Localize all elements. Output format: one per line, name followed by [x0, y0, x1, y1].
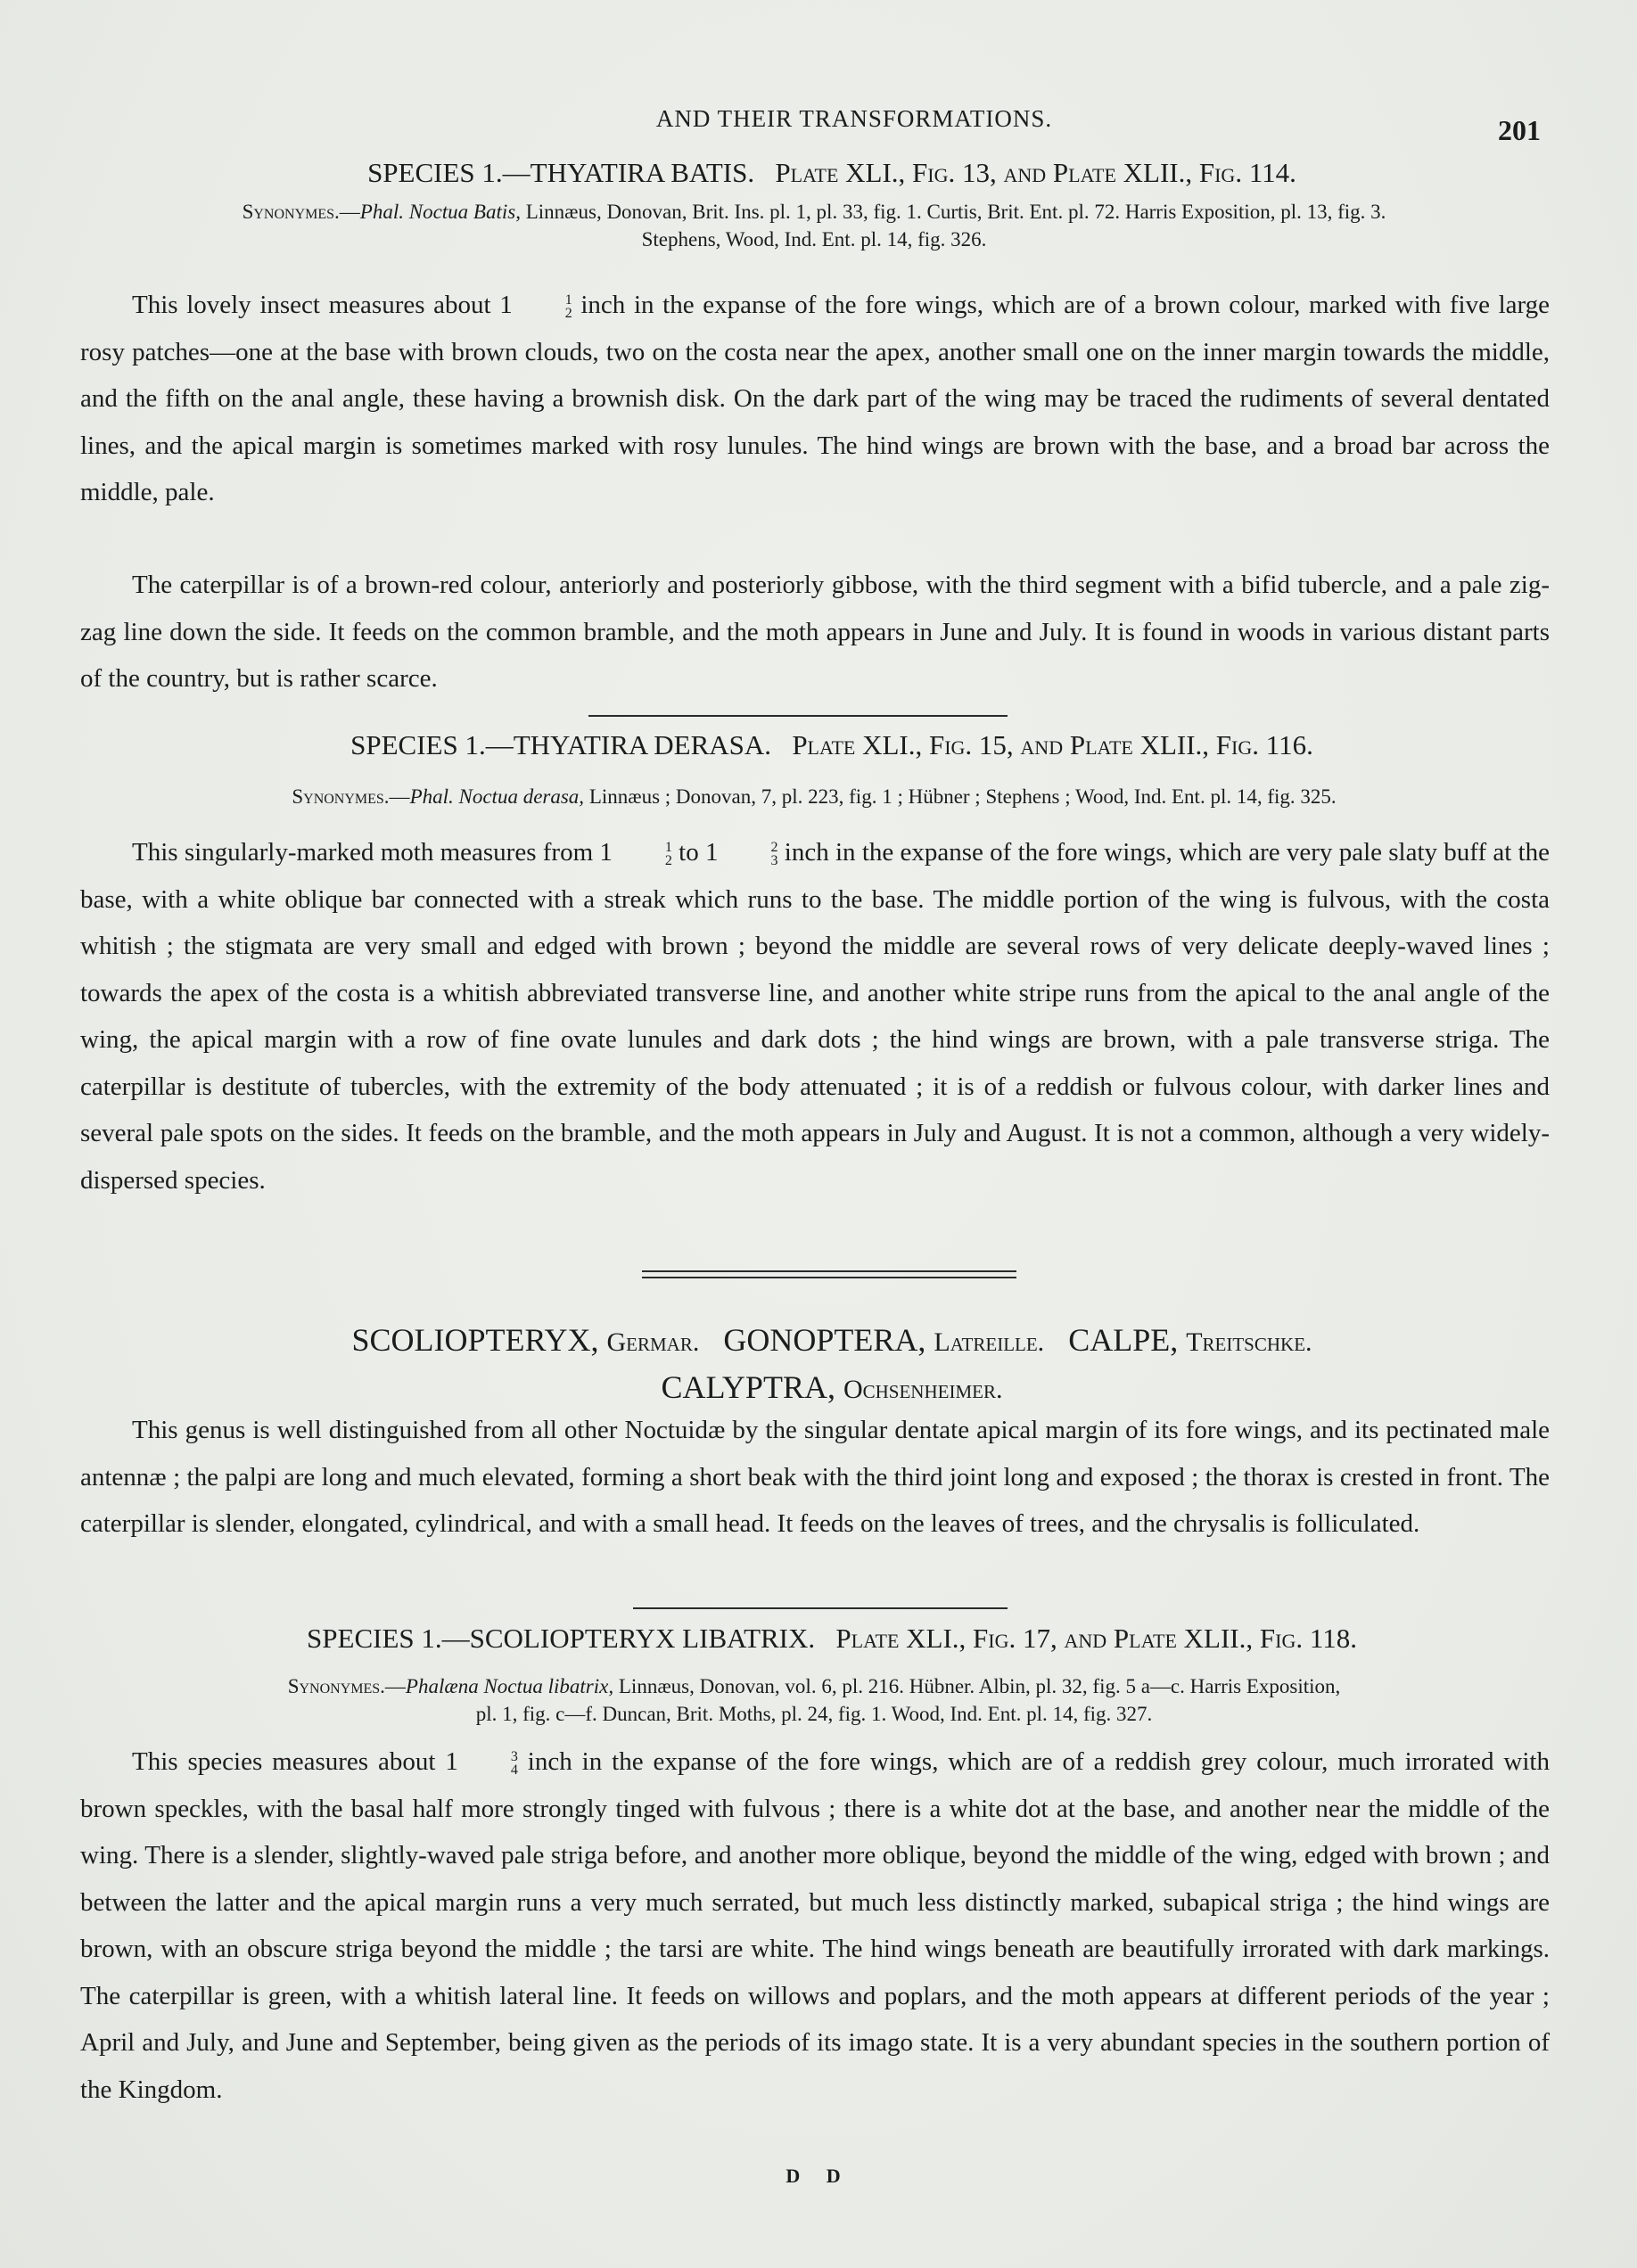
synonyms-libatrix: Synonymes.—Phalæna Noctua libatrix, Linn… [78, 1672, 1550, 1728]
running-head: AND THEIR TRANSFORMATIONS. [0, 105, 1637, 133]
paragraph-libatrix-description: This species measures about 134 inch in … [80, 1738, 1550, 2113]
synonyms-references-cont: Stephens, Wood, Ind. Ent. pl. 14, fig. 3… [642, 228, 987, 251]
genus-name: CALPE, [1068, 1322, 1178, 1358]
synonyms-label: Synonymes.— [243, 201, 360, 223]
genus-author: Ochsenheimer. [843, 1375, 1003, 1404]
text: inch in the expanse of the fore wings, w… [80, 1747, 1550, 2104]
synonyms-references: Linnæus ; Donovan, 7, pl. 223, fig. 1 ; … [584, 785, 1337, 808]
section-rule [633, 1607, 1008, 1609]
species-title: SPECIES 1.—SCOLIOPTERYX LIBATRIX. [307, 1623, 815, 1654]
genus-name: GONOPTERA, [723, 1322, 925, 1358]
fraction: 12 [514, 293, 572, 320]
text: inch in the expanse of the fore wings, w… [80, 838, 1550, 1195]
genus-name: SCOLIOPTERYX, [351, 1322, 598, 1358]
book-page: AND THEIR TRANSFORMATIONS. 201 SPECIES 1… [0, 0, 1637, 2268]
species-heading-derasa: SPECIES 1.—THYATIRA DERASA. Plate XLI., … [0, 729, 1637, 761]
text: to 1 [672, 838, 719, 867]
genus-author: Latreille. [934, 1327, 1044, 1357]
genus-heading-line2: CALYPTRA, Ochsenheimer. [27, 1365, 1637, 1412]
genus-author: Treitschke. [1186, 1327, 1312, 1357]
fraction: 34 [459, 1750, 518, 1777]
section-rule [588, 715, 1008, 717]
printer-signature: D D [0, 2165, 1637, 2188]
paragraph-derasa-description: This singularly-marked moth measures fro… [80, 829, 1550, 1204]
synonyms-label: Synonymes.— [292, 785, 409, 808]
species-title: SPECIES 1.—THYATIRA DERASA. [350, 729, 771, 760]
synonyms-label: Synonymes.— [288, 1675, 406, 1697]
species-heading-batis: SPECIES 1.—THYATIRA BATIS. Plate XLI., F… [0, 157, 1637, 189]
paragraph-genus-description: This genus is well distinguished from al… [80, 1407, 1550, 1548]
synonyms-references: Linnæus, Donovan, vol. 6, pl. 216. Hübne… [613, 1675, 1340, 1697]
text: This species measures about 1 [132, 1747, 458, 1776]
synonyms-references-cont: pl. 1, fig. c—f. Duncan, Brit. Moths, pl… [476, 1703, 1153, 1725]
paragraph-batis-description: This lovely insect measures about 112 in… [80, 282, 1550, 516]
genus-double-rule [642, 1270, 1016, 1278]
synonyms-batis: Synonymes.—Phal. Noctua Batis, Linnæus, … [78, 198, 1550, 253]
genus-heading: SCOLIOPTERYX, Germar. GONOPTERA, Latreil… [0, 1318, 1637, 1412]
fraction: 23 [720, 841, 778, 867]
species-title: SPECIES 1.—THYATIRA BATIS. [367, 157, 754, 188]
plate-reference: Plate XLI., Fig. 15, and Plate XLII., Fi… [792, 729, 1313, 760]
synonym-name: Phal. Noctua Batis, [360, 201, 521, 223]
text: This singularly-marked moth measures fro… [132, 838, 613, 867]
species-heading-libatrix: SPECIES 1.—SCOLIOPTERYX LIBATRIX. Plate … [0, 1623, 1637, 1655]
synonyms-references: Linnæus, Donovan, Brit. Ins. pl. 1, pl. … [521, 201, 1386, 223]
synonym-name: Phalæna Noctua libatrix, [406, 1675, 613, 1697]
page-number: 201 [1498, 114, 1541, 147]
synonyms-derasa: Synonymes.—Phal. Noctua derasa, Linnæus … [78, 783, 1550, 810]
plate-reference: Plate XLI., Fig. 13, and Plate XLII., Fi… [775, 157, 1296, 188]
genus-name: CALYPTRA, [662, 1369, 835, 1405]
genus-author: Germar. [607, 1327, 700, 1357]
genus-heading-line1: SCOLIOPTERYX, Germar. GONOPTERA, Latreil… [27, 1318, 1637, 1365]
text: This lovely insect measures about 1 [132, 291, 513, 319]
paragraph-batis-caterpillar: The caterpillar is of a brown-red colour… [80, 562, 1550, 703]
text: inch in the expanse of the fore wings, w… [80, 291, 1550, 506]
plate-reference: Plate XLI., Fig. 17, and Plate XLII., Fi… [835, 1623, 1357, 1654]
fraction: 12 [613, 841, 672, 867]
synonym-name: Phal. Noctua derasa, [410, 785, 585, 808]
